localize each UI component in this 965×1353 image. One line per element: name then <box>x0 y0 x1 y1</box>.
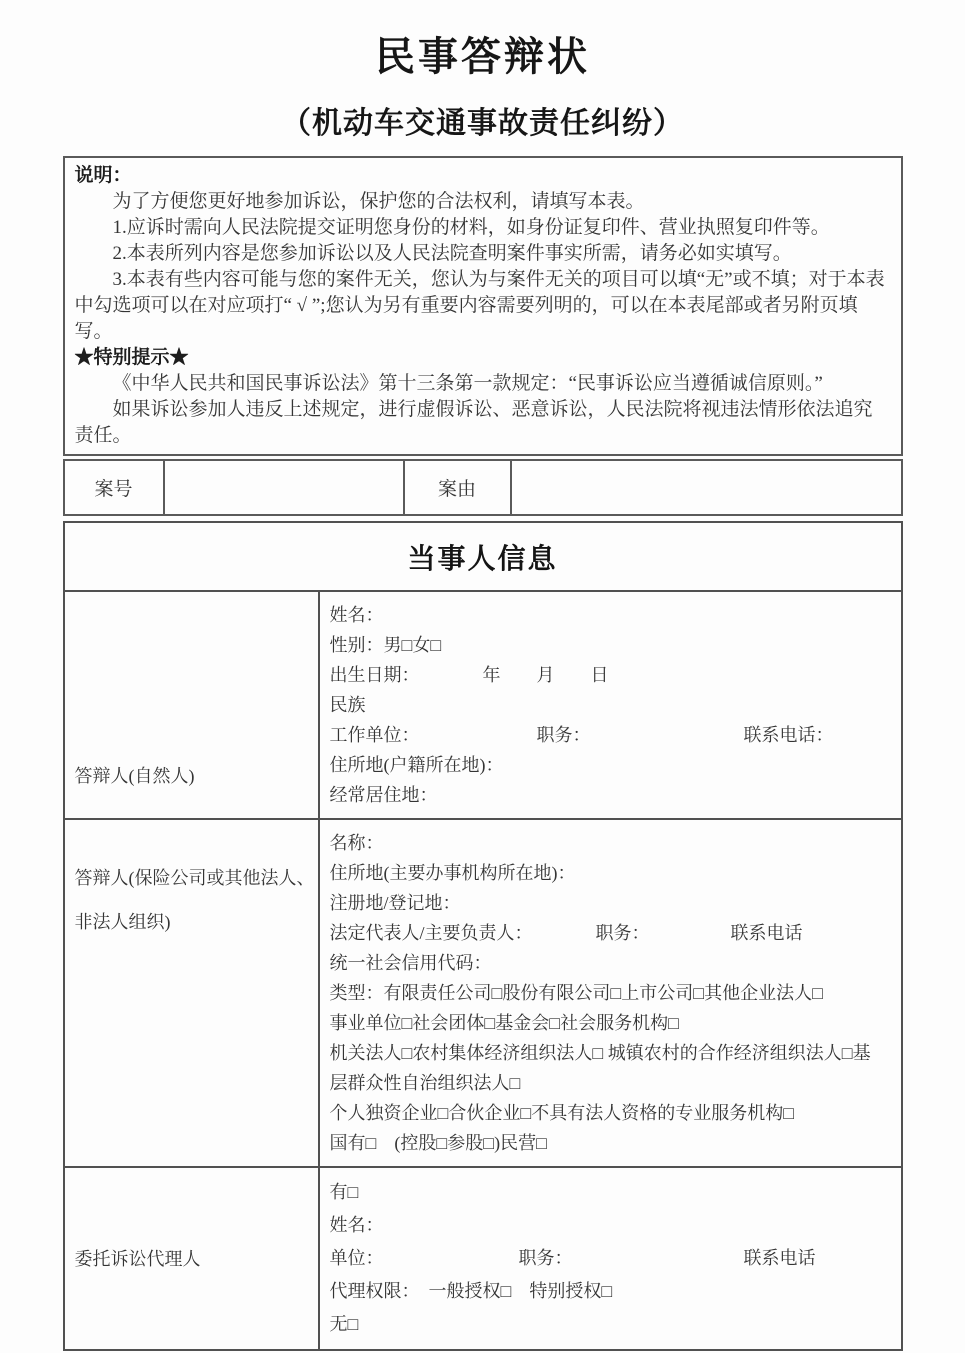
table-row-litigation-agent: 委托诉讼代理人 有□ 姓名： 单位： 职务： 联系电话 代理权限： 一般授权□ … <box>65 1168 901 1349</box>
field-entity-type-unincorporated: 个人独资企业□合伙企业□不具有法人资格的专业服务机构□ <box>330 1098 885 1128</box>
field-employer-title-phone: 工作单位： 职务： 联系电话： <box>330 720 885 750</box>
case-number-value-cell <box>165 461 405 514</box>
row-label-respondent-insurer-or-entity: 答辩人(保险公司或其他法人、非法人组织) <box>65 820 320 1166</box>
instructions-item-2: 2.本表所列内容是您参加诉讼以及人民法院查明案件事实所需，请务必如实填写。 <box>75 241 891 267</box>
field-entity-type-institution: 事业单位□社会团体□基金会□社会服务机构□ <box>330 1008 885 1038</box>
instructions-heading: 说明： <box>75 163 891 189</box>
case-number-label: 案号 <box>65 461 165 514</box>
table-row-respondent-natural-person: 答辩人(自然人) 姓名： 性别：男□女□ 出生日期： 年 月 日 民族 工作单位… <box>65 592 901 820</box>
case-info-table: 案号 案由 <box>63 459 903 516</box>
field-entity-name: 名称： <box>330 828 885 858</box>
instructions-box: 说明： 为了方便您更好地参加诉讼，保护您的合法权利，请填写本表。 1.应诉时需向… <box>63 156 903 456</box>
field-agent-yes: 有□ <box>330 1176 885 1209</box>
instructions-intro: 为了方便您更好地参加诉讼，保护您的合法权利，请填写本表。 <box>75 189 891 215</box>
field-agent-employer-title-phone: 单位： 职务： 联系电话 <box>330 1242 885 1275</box>
field-birthdate: 出生日期： 年 月 日 <box>330 660 885 690</box>
table-row-respondent-insurer-or-entity: 答辩人(保险公司或其他法人、非法人组织) 名称： 住所地(主要办事机构所在地)：… <box>65 820 901 1168</box>
instructions-item-3: 3.本表有些内容可能与您的案件无关，您认为与案件无关的项目可以填“无”或不填；对… <box>75 267 891 345</box>
document-page: 民事答辩状 （机动车交通事故责任纠纷） 说明： 为了方便您更好地参加诉讼，保护您… <box>0 0 965 1353</box>
row-content-litigation-agent: 有□ 姓名： 单位： 职务： 联系电话 代理权限： 一般授权□ 特别授权□ 无□ <box>320 1168 901 1349</box>
field-agent-none: 无□ <box>330 1308 885 1341</box>
row-label-litigation-agent: 委托诉讼代理人 <box>65 1168 320 1349</box>
field-agent-name: 姓名： <box>330 1209 885 1242</box>
special-tip-warning: 如果诉讼参加人违反上述规定，进行虚假诉讼、恶意诉讼，人民法院将视违法情形依法追究… <box>75 397 891 449</box>
document-title: 民事答辩状 <box>63 32 903 82</box>
special-tip-law-quote: 《中华人民共和国民事诉讼法》第十三条第一款规定：“民事诉讼应当遵循诚信原则。” <box>75 371 891 397</box>
special-tip-heading: ★特别提示★ <box>75 345 891 371</box>
field-name: 姓名： <box>330 600 885 630</box>
field-entity-domicile: 住所地(主要办事机构所在地)： <box>330 858 885 888</box>
party-info-table: 当事人信息 答辩人(自然人) 姓名： 性别：男□女□ 出生日期： 年 月 日 民… <box>63 521 903 1351</box>
field-gender: 性别：男□女□ <box>330 630 885 660</box>
field-entity-type-company: 类型：有限责任公司□股份有限公司□上市公司□其他企业法人□ <box>330 978 885 1008</box>
cause-of-action-label: 案由 <box>405 461 512 514</box>
field-entity-ownership: 国有□ (控股□参股□)民营□ <box>330 1128 885 1158</box>
instructions-item-1: 1.应诉时需向人民法院提交证明您身份的材料，如身份证复印件、营业执照复印件等。 <box>75 215 891 241</box>
field-credit-code: 统一社会信用代码： <box>330 948 885 978</box>
field-habitual-residence: 经常居住地： <box>330 780 885 810</box>
field-ethnicity: 民族 <box>330 690 885 720</box>
row-label-respondent-natural-person: 答辩人(自然人) <box>65 592 320 818</box>
field-domicile: 住所地(户籍所在地)： <box>330 750 885 780</box>
field-agent-authority: 代理权限： 一般授权□ 特别授权□ <box>330 1275 885 1308</box>
party-section-title: 当事人信息 <box>65 523 901 592</box>
field-registration-place: 注册地/登记地： <box>330 888 885 918</box>
field-legal-representative: 法定代表人/主要负责人： 职务： 联系电话 <box>330 918 885 948</box>
document-subtitle: （机动车交通事故责任纠纷） <box>63 98 903 142</box>
field-entity-type-organization: 机关法人□农村集体经济组织法人□ 城镇农村的合作经济组织法人□基层群众性自治组织… <box>330 1038 885 1098</box>
cause-of-action-value-cell <box>512 461 901 514</box>
row-content-respondent-insurer-or-entity: 名称： 住所地(主要办事机构所在地)： 注册地/登记地： 法定代表人/主要负责人… <box>320 820 901 1166</box>
document-sheet: 民事答辩状 （机动车交通事故责任纠纷） 说明： 为了方便您更好地参加诉讼，保护您… <box>63 32 903 1351</box>
row-content-respondent-natural-person: 姓名： 性别：男□女□ 出生日期： 年 月 日 民族 工作单位： 职务： 联系电… <box>320 592 901 818</box>
